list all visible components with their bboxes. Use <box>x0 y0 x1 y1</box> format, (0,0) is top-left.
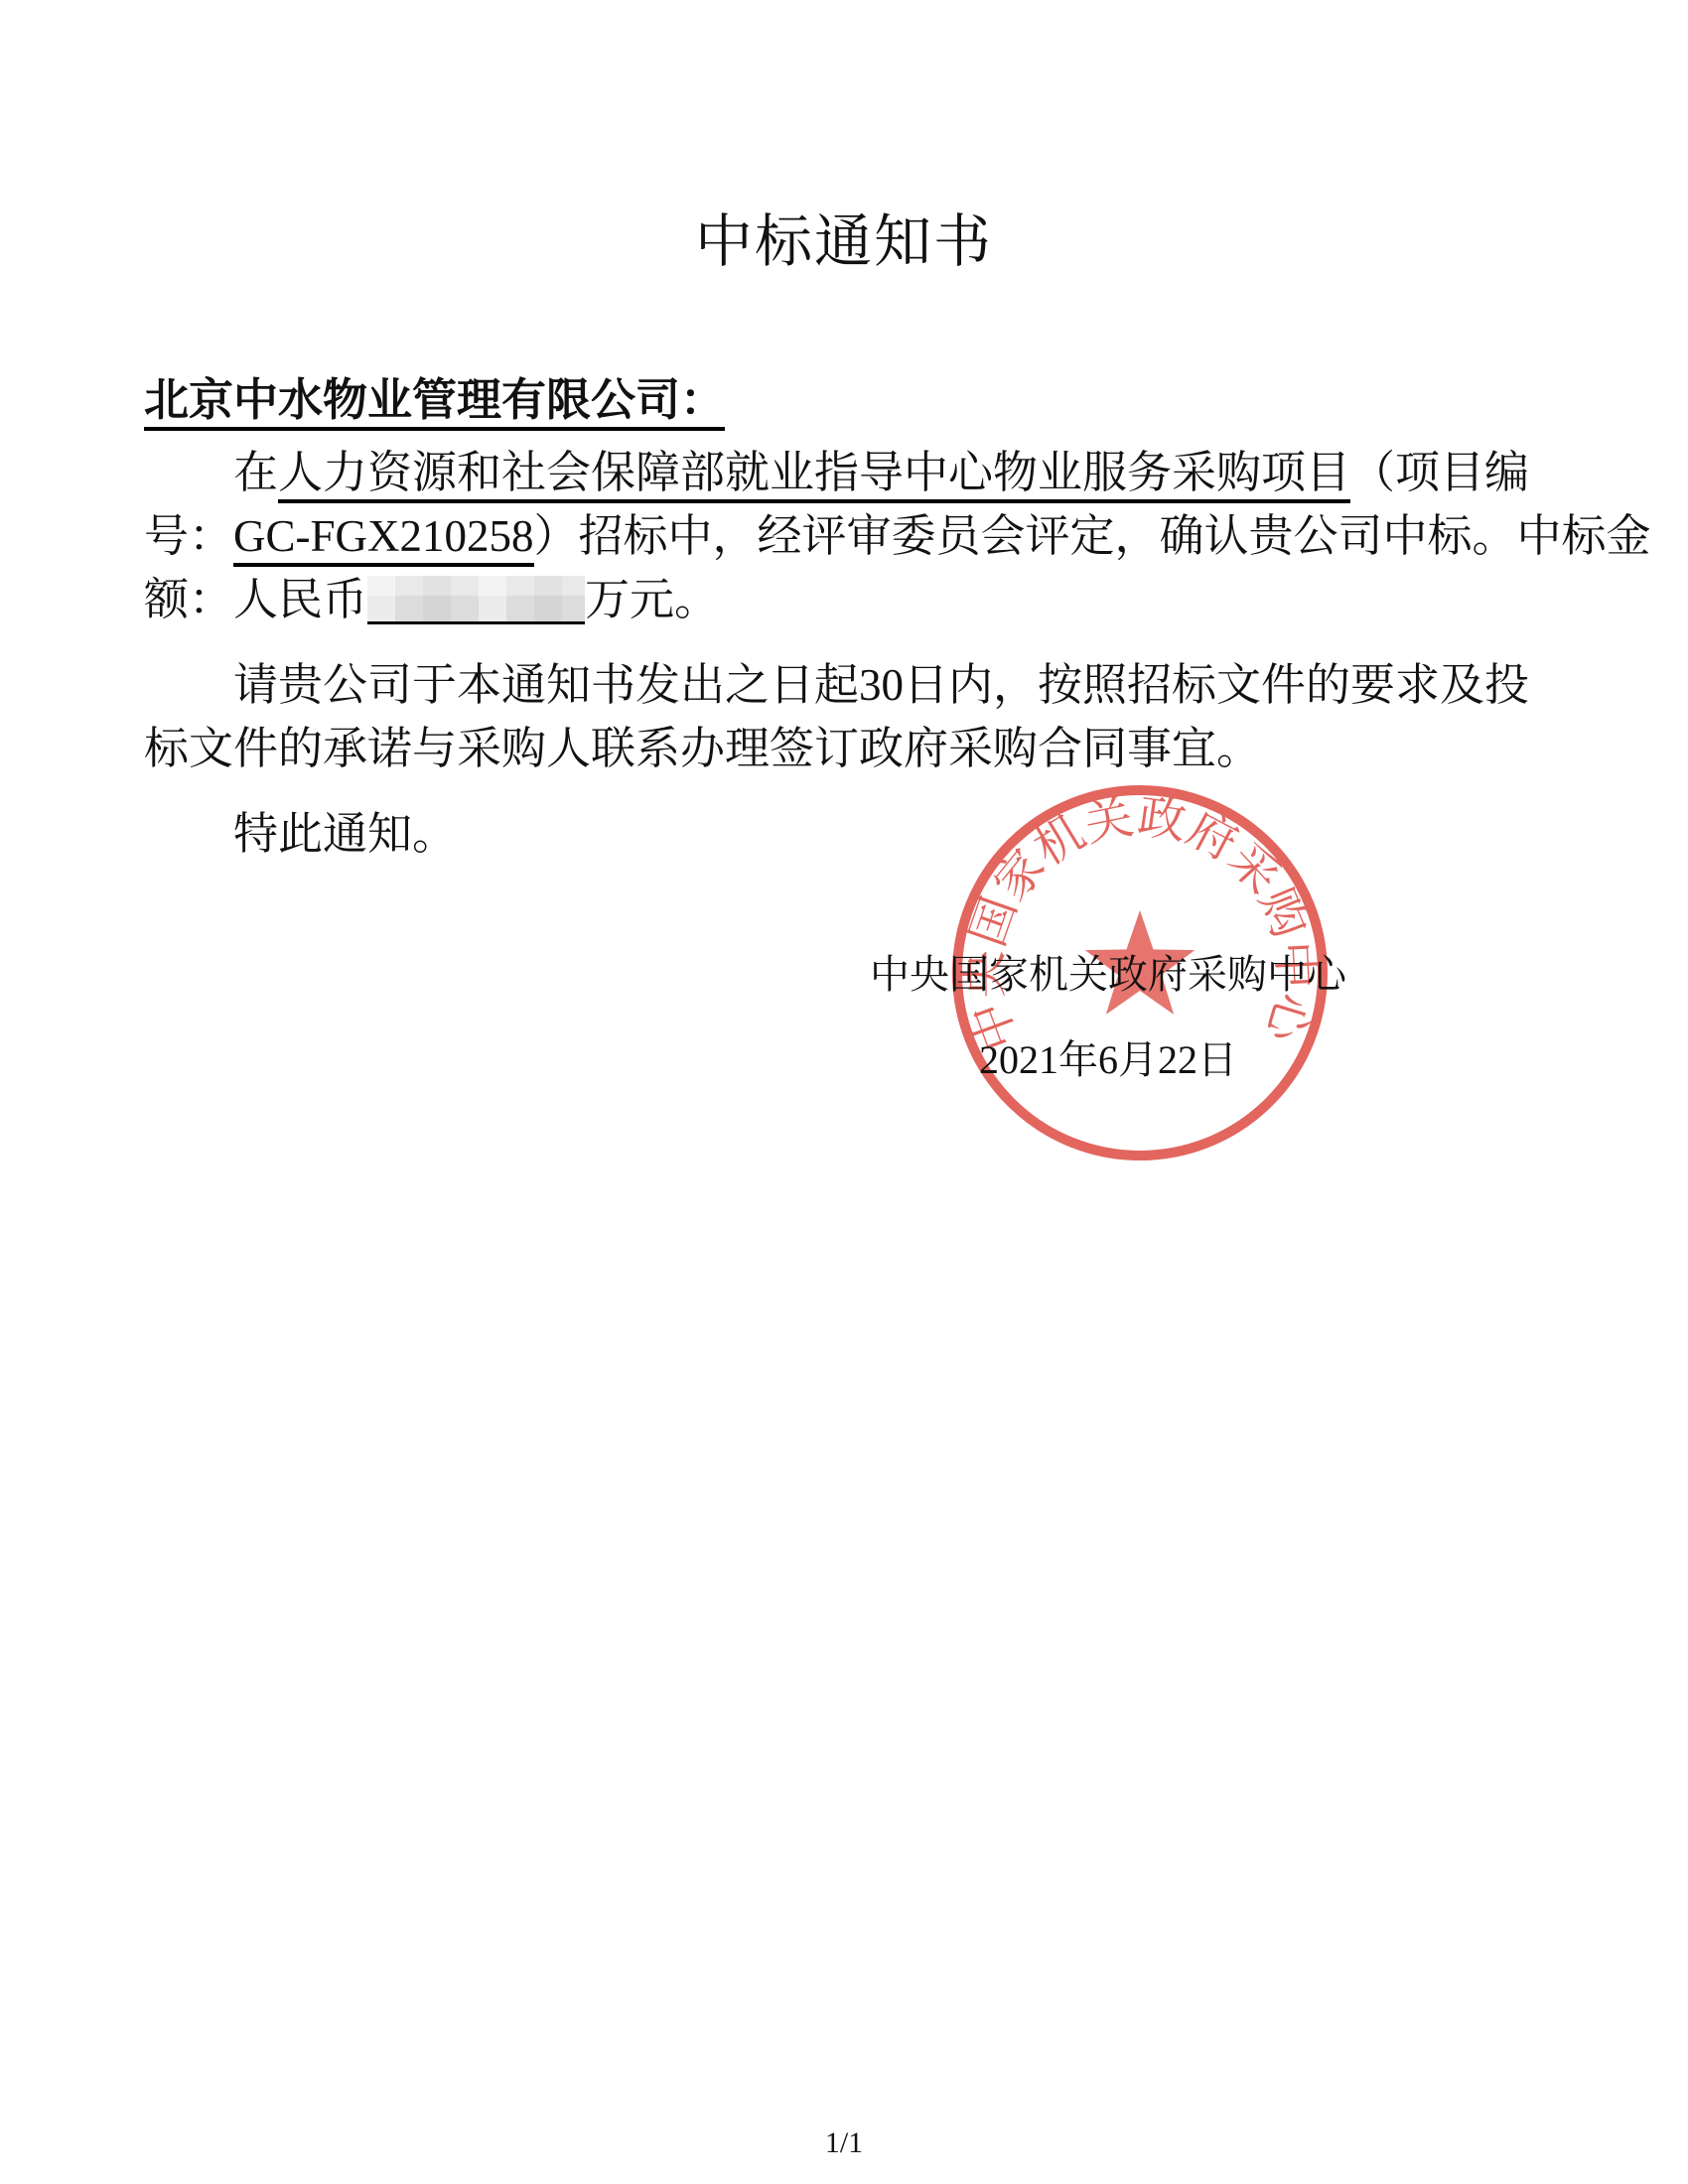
underlined-text: 人力资源和社会保障部就业指导中心物业服务采购项目 <box>278 448 1350 503</box>
document-page: 中标通知书 北京中水物业管理有限公司： 在人力资源和社会保障部就业指导中心物业服… <box>0 0 1688 2184</box>
text-segment: 在 <box>233 448 278 497</box>
document-title: 中标通知书 <box>0 195 1688 278</box>
text-segment: （项目编 <box>1350 448 1529 497</box>
signature-date: 2021年6月22日 <box>979 1028 1237 1085</box>
text-segment: 特此通知。 <box>233 809 457 859</box>
underlined-text: GC-FGX210258 <box>233 511 534 567</box>
body-line: 号：GC-FGX210258）招标中，经评审委员会评定，确认贵公司中标。中标金 <box>144 504 1544 568</box>
body-line: 特此通知。 <box>144 802 1544 866</box>
text-segment: 额：人民币 <box>144 575 367 624</box>
page-number: 1/1 <box>0 2126 1688 2160</box>
document-body: 在人力资源和社会保障部就业指导中心物业服务采购项目（项目编号：GC-FGX210… <box>144 441 1544 866</box>
addressee: 北京中水物业管理有限公司： <box>144 375 725 431</box>
body-line: 在人力资源和社会保障部就业指导中心物业服务采购项目（项目编 <box>144 441 1544 504</box>
signature-org: 中央国家机关政府采购中心 <box>870 943 1346 1000</box>
text-segment: 号： <box>144 511 233 561</box>
body-line: 标文件的承诺与采购人联系办理签订政府采购合同事宜。 <box>144 717 1544 780</box>
text-segment: 万元。 <box>585 575 719 624</box>
addressee-line: 北京中水物业管理有限公司： <box>144 363 725 428</box>
text-segment: ）招标中，经评审委员会评定，确认贵公司中标。中标金 <box>534 511 1651 561</box>
body-line: 请贵公司于本通知书发出之日起30日内，按照招标文件的要求及投 <box>144 653 1544 717</box>
body-line: 额：人民币万元。 <box>144 568 1544 631</box>
text-segment: 标文件的承诺与采购人联系办理签订政府采购合同事宜。 <box>144 724 1261 773</box>
redacted-amount <box>367 576 585 624</box>
text-segment: 请贵公司于本通知书发出之日起30日内，按照招标文件的要求及投 <box>233 660 1529 710</box>
